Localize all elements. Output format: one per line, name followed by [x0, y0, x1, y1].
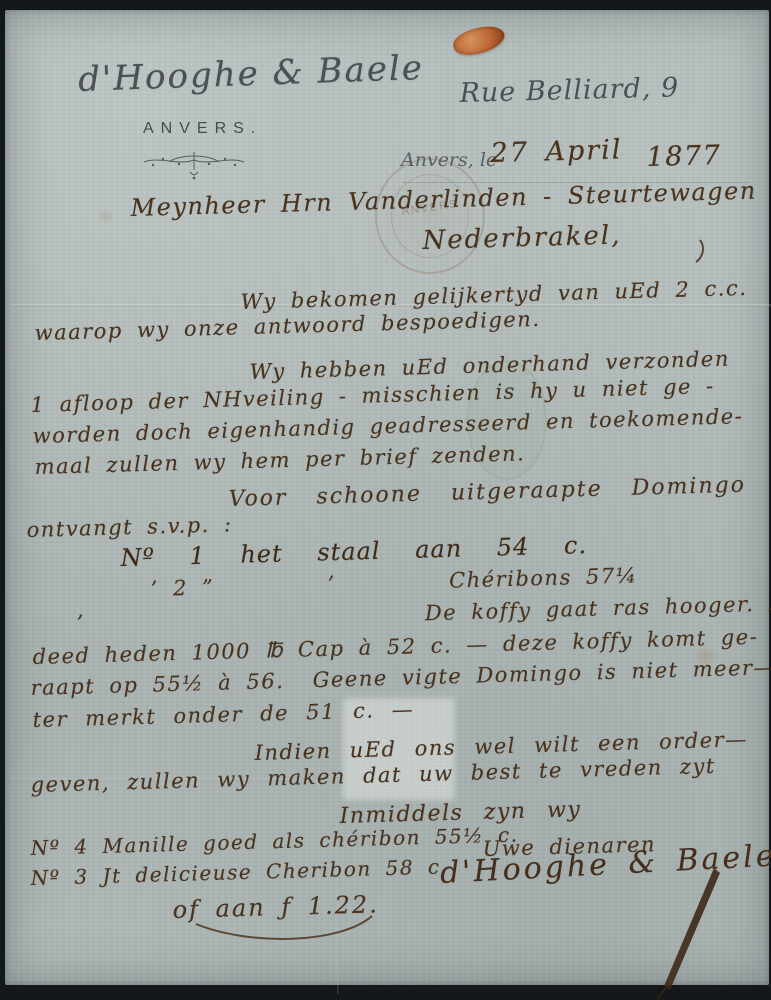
scanned-letter-photo: { "letterhead": { "brand": "d'Hooghe & B… — [0, 0, 771, 1000]
letter-paper: ANVERS d'Hooghe & Baele ANVERS. Rue Bell… — [5, 10, 769, 985]
postscript-price: of aan ƒ 1.22. — [172, 890, 379, 924]
letterhead-brand: d'Hooghe & Baele — [78, 48, 425, 100]
ink-stroke-tail — [657, 988, 666, 999]
letterhead-street: Rue Belliard, 9 — [459, 72, 679, 109]
letterhead-flourish-ornament — [139, 150, 249, 184]
body-line: ontvangt s.v.p. : — [26, 512, 233, 542]
fold-crease-vertical — [337, 866, 339, 994]
postscript-line-no3: Nº 3 Jt delicieuse Cheribon 58 c — [30, 855, 441, 890]
letterhead-city: ANVERS. — [143, 120, 262, 138]
date-handwritten: 27 April — [490, 134, 623, 169]
foxing-spot — [97, 210, 115, 224]
postscript-line-no4: Nº 4 Manille goed als chéribon 55½ c. — [30, 822, 518, 860]
body-line: maal zullen wy hem per brief zenden. — [34, 441, 525, 479]
wax-seal — [451, 21, 508, 59]
recipient-town: Nederbrakel, — [422, 220, 622, 256]
body-line: Voor schoone uitgeraapte Domingo — [228, 473, 746, 512]
year-handwritten: 1877 — [646, 140, 722, 173]
